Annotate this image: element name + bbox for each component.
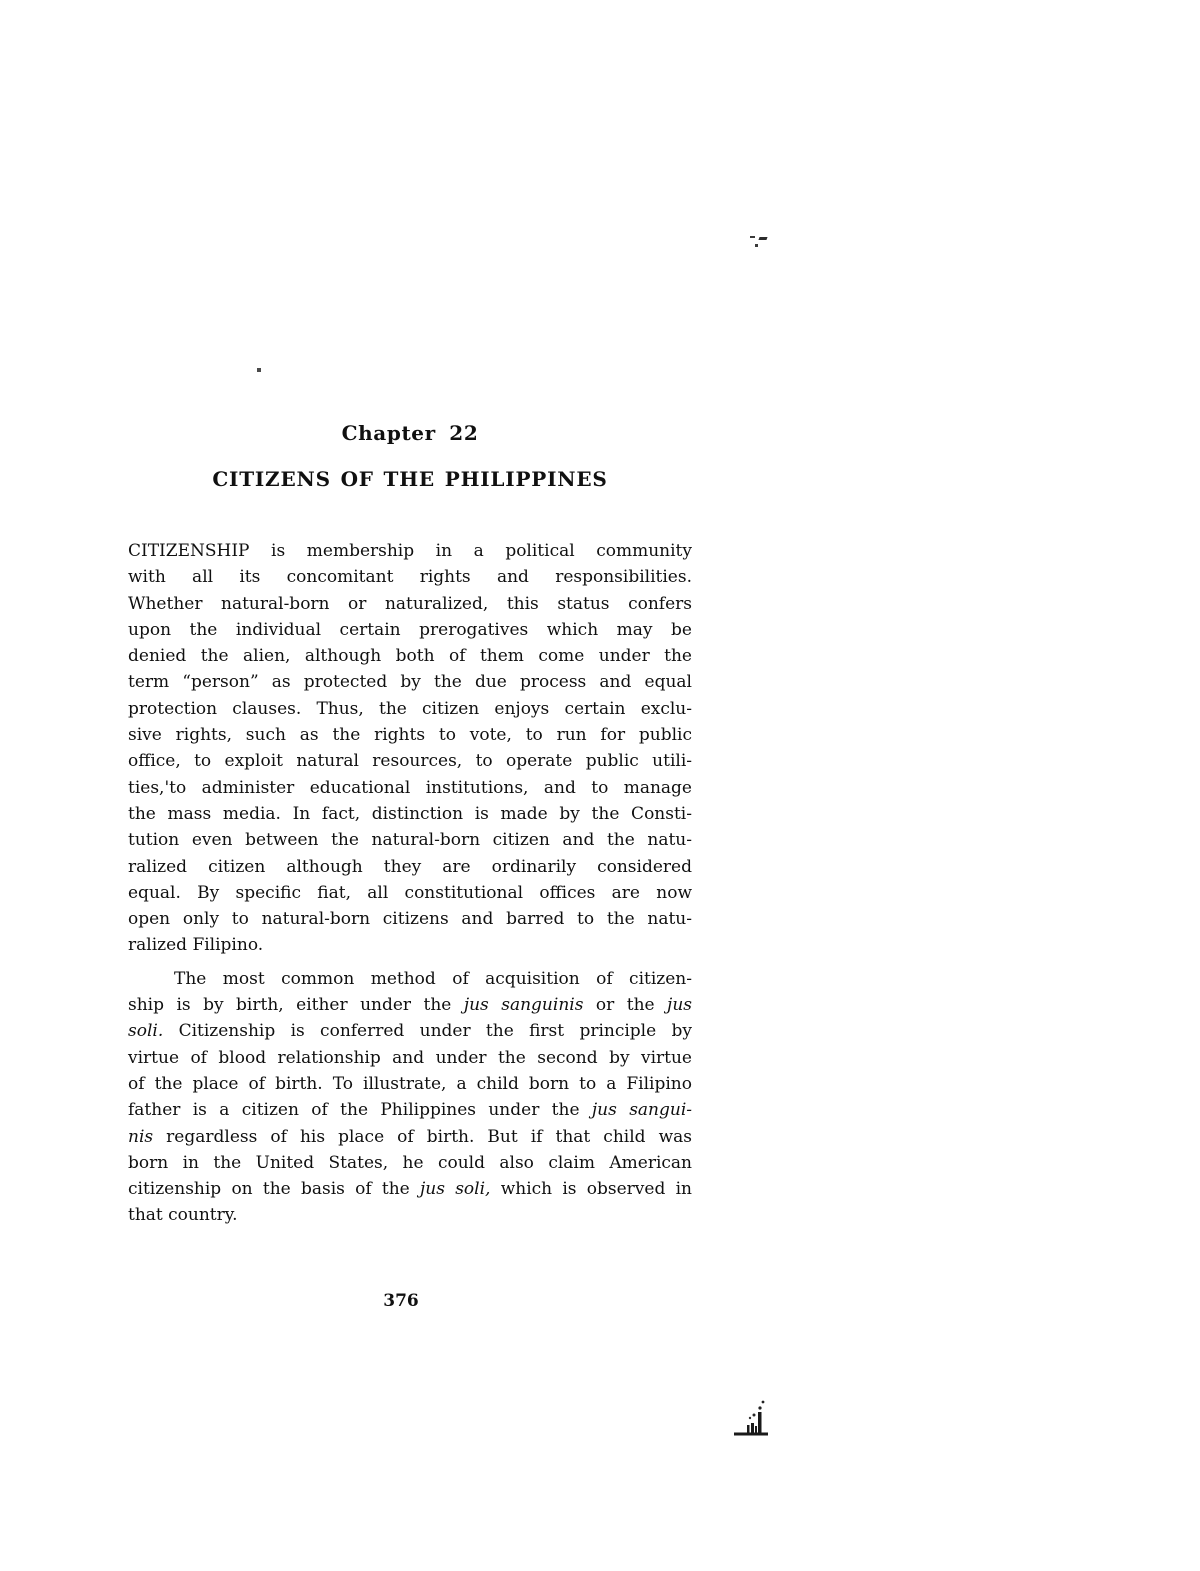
paragraph: The most common method of acquisition of… (128, 966, 692, 1229)
text-segment: ship is by birth, either under the (128, 995, 464, 1015)
text-segment: sive rights, such as the rights to vote,… (128, 725, 692, 745)
text-line: denied the alien, although both of them … (128, 643, 692, 669)
text-segment: jus (667, 995, 692, 1015)
paragraph: CITIZENSHIP is membership in a political… (128, 538, 692, 959)
text-segment: the mass media. In fact, distinction is … (128, 804, 692, 824)
text-segment: open only to natural-born citizens and b… (128, 909, 692, 929)
text-line: soli. Citizenship is conferred under the… (128, 1018, 692, 1044)
text-line: born in the United States, he could also… (128, 1150, 692, 1176)
text-segment: jus soli, (420, 1179, 490, 1199)
text-segment: jus sanguinis (464, 995, 584, 1015)
text-line: equal. By specific fiat, all constitutio… (128, 880, 692, 906)
text-line: father is a citizen of the Philippines u… (128, 1097, 692, 1123)
book-page: Chapter 22 CITIZENS OF THE PHILIPPINES C… (0, 0, 1200, 1571)
body-text: CITIZENSHIP is membership in a political… (128, 538, 692, 1229)
page-number: 376 (119, 1290, 683, 1312)
text-segment: soli. (128, 1021, 163, 1041)
text-segment: office, to exploit natural resources, to… (128, 751, 692, 771)
text-segment: jus sangui- (592, 1100, 692, 1120)
text-segment: with all its concomitant rights and resp… (128, 567, 692, 587)
text-line: nis regardless of his place of birth. Bu… (128, 1124, 692, 1150)
text-line: sive rights, such as the rights to vote,… (128, 722, 692, 748)
smudge-mark (755, 244, 758, 247)
page-title: CITIZENS OF THE PHILIPPINES (128, 467, 692, 491)
text-segment: The most common method of acquisition of… (174, 969, 692, 989)
text-segment: citizenship on the basis of the (128, 1179, 420, 1199)
text-segment: born in the United States, he could also… (128, 1153, 692, 1173)
smudge-mark (750, 236, 755, 238)
text-line: term “person” as protected by the due pr… (128, 669, 692, 695)
text-segment: virtue of blood relationship and under t… (128, 1048, 692, 1068)
text-segment: tution even between the natural-born cit… (128, 830, 692, 850)
text-line: The most common method of acquisition of… (128, 966, 692, 992)
smudge-mark (758, 237, 767, 240)
text-line: citizenship on the basis of the jus soli… (128, 1176, 692, 1202)
text-segment: upon the individual certain prerogatives… (128, 620, 692, 640)
text-segment: equal. By specific fiat, all constitutio… (128, 883, 692, 903)
text-line: with all its concomitant rights and resp… (128, 564, 692, 590)
text-line: ralized Filipino. (128, 932, 692, 958)
text-line: ralized citizen although they are ordina… (128, 854, 692, 880)
text-line: ship is by birth, either under the jus s… (128, 992, 692, 1018)
text-segment: ties,'to administer educational institut… (128, 778, 692, 798)
text-line: tution even between the natural-born cit… (128, 827, 692, 853)
text-segment: ralized citizen although they are ordina… (128, 857, 692, 877)
text-line: that country. (128, 1202, 692, 1228)
text-segment: or the (583, 995, 667, 1015)
text-segment: which is observed in (490, 1179, 692, 1199)
text-segment: of the place of birth. To illustrate, a … (128, 1074, 692, 1094)
text-segment: father is a citizen of the Philippines u… (128, 1100, 592, 1120)
text-segment: that country. (128, 1205, 238, 1225)
text-line: Whether natural-born or naturalized, thi… (128, 591, 692, 617)
text-line: ties,'to administer educational institut… (128, 775, 692, 801)
text-line: open only to natural-born citizens and b… (128, 906, 692, 932)
scan-speck-icon (257, 368, 261, 372)
text-segment: Whether natural-born or naturalized, thi… (128, 594, 692, 614)
text-segment: ralized Filipino. (128, 935, 263, 955)
text-segment: Citizenship is conferred under the first… (163, 1021, 692, 1041)
text-segment: term “person” as protected by the due pr… (128, 672, 692, 692)
text-line: CITIZENSHIP is membership in a political… (128, 538, 692, 564)
text-line: the mass media. In fact, distinction is … (128, 801, 692, 827)
text-line: upon the individual certain prerogatives… (128, 617, 692, 643)
text-line: office, to exploit natural resources, to… (128, 748, 692, 774)
text-line: of the place of birth. To illustrate, a … (128, 1071, 692, 1097)
text-segment: protection clauses. Thus, the citizen en… (128, 699, 692, 719)
text-segment: nis (128, 1127, 153, 1147)
text-line: protection clauses. Thus, the citizen en… (128, 696, 692, 722)
text-segment: regardless of his place of birth. But if… (153, 1127, 692, 1147)
ink-blot-icon (726, 1398, 774, 1450)
text-segment: denied the alien, although both of them … (128, 646, 692, 666)
text-line: virtue of blood relationship and under t… (128, 1045, 692, 1071)
chapter-heading: Chapter 22 (128, 421, 692, 445)
scan-smudge-icon (750, 236, 770, 248)
text-segment: CITIZENSHIP is membership in a political… (128, 541, 692, 561)
